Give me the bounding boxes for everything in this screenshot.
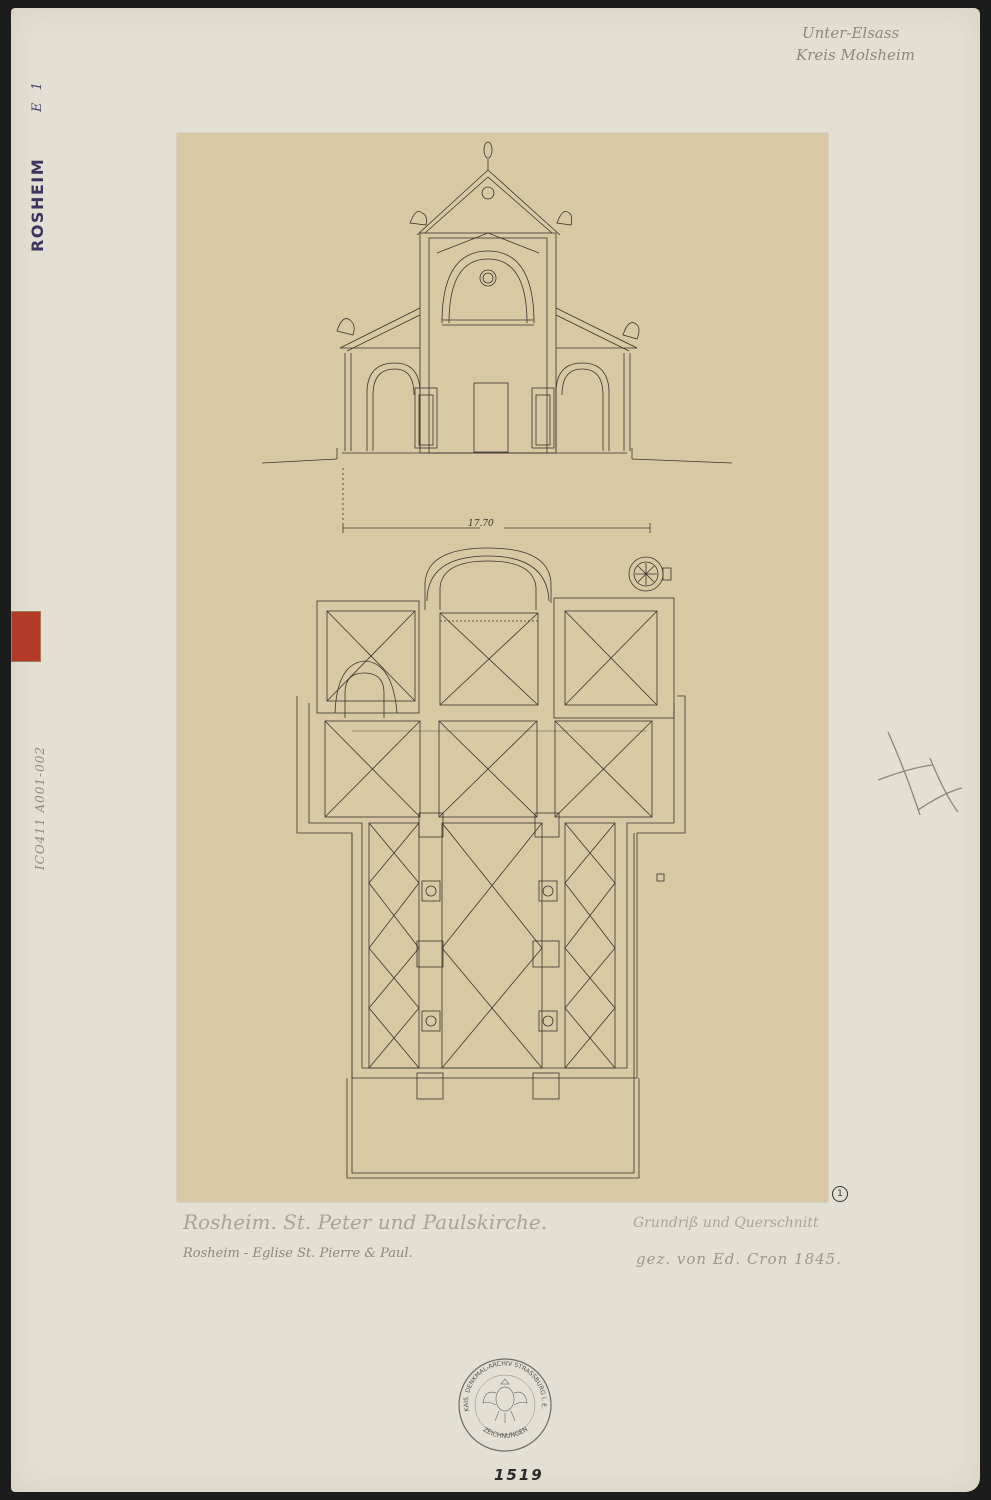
region-note-line-1: Unter-Elsass bbox=[802, 22, 915, 44]
caption-title-continued: Grundriß und Querschnitt bbox=[633, 1215, 819, 1231]
archive-stamp: KAIS. DENKMAL-ARCHIV STRASSBURG I. E. ZE… bbox=[455, 1355, 555, 1455]
pencil-cross-mark-icon bbox=[870, 720, 990, 880]
cross-section-elevation bbox=[262, 142, 732, 463]
region-note: Unter-Elsass Kreis Molsheim bbox=[802, 22, 915, 66]
series-stamp: E 1 bbox=[30, 78, 45, 112]
catalog-number: 1519 bbox=[494, 1466, 544, 1484]
scale-bar bbox=[343, 468, 650, 533]
archive-stamp-subtext: ZEICHNUNGEN bbox=[482, 1425, 530, 1440]
architectural-drawing bbox=[177, 133, 828, 1202]
svg-text:KAIS. DENKMAL-ARCHIV STRASSBUR: KAIS. DENKMAL-ARCHIV STRASSBURG I. E. bbox=[463, 1360, 547, 1412]
region-note-line-2: Kreis Molsheim bbox=[796, 44, 915, 66]
location-stamp: ROSHEIM bbox=[28, 158, 47, 252]
floor-plan bbox=[297, 548, 685, 1178]
red-index-tab bbox=[11, 611, 41, 662]
sheet-number: 1 bbox=[832, 1186, 848, 1202]
caption-french: Rosheim - Eglise St. Pierre & Paul. bbox=[183, 1246, 413, 1261]
imperial-eagle-icon bbox=[483, 1379, 527, 1423]
svg-text:ZEICHNUNGEN: ZEICHNUNGEN bbox=[482, 1425, 530, 1440]
caption-author-date: gez. von Ed. Cron 1845. bbox=[636, 1250, 842, 1268]
caption-title: Rosheim. St. Peter und Paulskirche. bbox=[183, 1210, 547, 1234]
archive-stamp-text: KAIS. DENKMAL-ARCHIV STRASSBURG I. E. bbox=[463, 1360, 547, 1412]
scale-label: 17.70 bbox=[468, 519, 494, 529]
inventory-number: ICO411 A001-002 bbox=[33, 746, 47, 870]
